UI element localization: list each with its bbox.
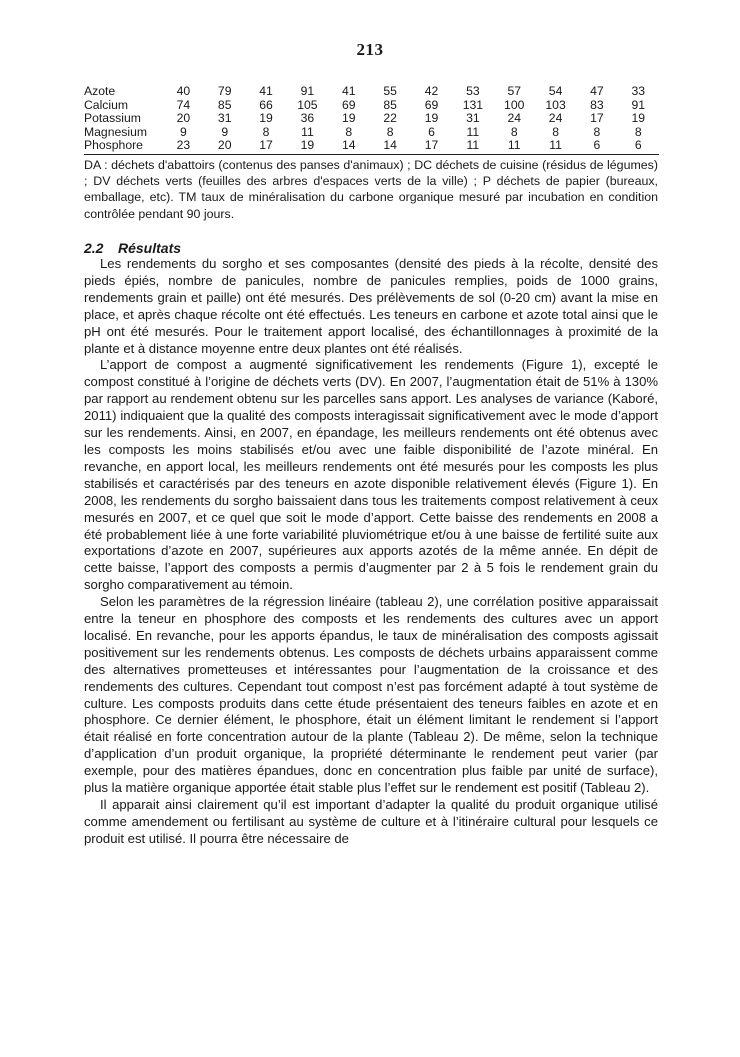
table-cell: 9 <box>204 126 245 140</box>
row-label: Calcium <box>84 99 163 113</box>
table-cell: 47 <box>576 85 617 99</box>
table-footnote-text: DA : déchets d'abattoirs (contenus des p… <box>84 157 658 222</box>
table-cell: 91 <box>618 99 659 113</box>
table-cell: 54 <box>535 85 576 99</box>
table-cell: 41 <box>245 85 286 99</box>
table-cell: 41 <box>328 85 369 99</box>
table-cell: 83 <box>576 99 617 113</box>
table-cell: 8 <box>535 126 576 140</box>
table-cell: 91 <box>287 85 328 99</box>
table-cell: 8 <box>369 126 410 140</box>
section-body: Les rendements du sorgho et ses composan… <box>84 256 658 848</box>
table-cell: 85 <box>204 99 245 113</box>
table-cell: 53 <box>452 85 493 99</box>
table-cell: 85 <box>369 99 410 113</box>
table-cell: 20 <box>204 139 245 154</box>
table-cell: 8 <box>245 126 286 140</box>
nutrient-table-fragment: Azote407941914155425357544733Calcium7485… <box>84 85 659 155</box>
table-cell: 40 <box>163 85 204 99</box>
table-cell: 19 <box>411 112 452 126</box>
table-cell: 19 <box>245 112 286 126</box>
page-number: 213 <box>0 40 740 60</box>
row-label: Azote <box>84 85 163 99</box>
table-cell: 17 <box>576 112 617 126</box>
table-cell: 24 <box>494 112 535 126</box>
table-cell: 14 <box>369 139 410 154</box>
table-cell: 105 <box>287 99 328 113</box>
document-page: 213 Azote407941914155425357544733Calcium… <box>0 0 740 1057</box>
paragraph: Il apparait ainsi clairement qu’il est i… <box>84 797 658 848</box>
table-cell: 42 <box>411 85 452 99</box>
table-cell: 24 <box>535 112 576 126</box>
table-cell: 8 <box>494 126 535 140</box>
table-cell: 22 <box>369 112 410 126</box>
table-cell: 100 <box>494 99 535 113</box>
table-cell: 31 <box>452 112 493 126</box>
table-cell: 6 <box>411 126 452 140</box>
nutrient-table: Azote407941914155425357544733Calcium7485… <box>84 85 659 155</box>
table-cell: 55 <box>369 85 410 99</box>
table-cell: 14 <box>328 139 369 154</box>
table-cell: 79 <box>204 85 245 99</box>
row-label: Potassium <box>84 112 163 126</box>
table-cell: 74 <box>163 99 204 113</box>
table-cell: 11 <box>535 139 576 154</box>
table-cell: 9 <box>163 126 204 140</box>
table-row: Magnesium99811886118888 <box>84 126 659 140</box>
table-cell: 6 <box>618 139 659 154</box>
table-cell: 11 <box>494 139 535 154</box>
table-cell: 11 <box>287 126 328 140</box>
table-cell: 69 <box>328 99 369 113</box>
table-cell: 66 <box>245 99 286 113</box>
table-cell: 17 <box>245 139 286 154</box>
table-row: Phosphore2320171914141711111166 <box>84 139 659 154</box>
table-cell: 6 <box>576 139 617 154</box>
table-cell: 19 <box>328 112 369 126</box>
section-title: Résultats <box>118 240 181 256</box>
table-cell: 11 <box>452 139 493 154</box>
row-label: Phosphore <box>84 139 163 154</box>
table-footnote: DA : déchets d'abattoirs (contenus des p… <box>84 157 658 222</box>
section-heading: 2.2Résultats <box>84 240 181 256</box>
table-cell: 33 <box>618 85 659 99</box>
table-cell: 36 <box>287 112 328 126</box>
table-row: Azote407941914155425357544733 <box>84 85 659 99</box>
table-cell: 131 <box>452 99 493 113</box>
table-cell: 57 <box>494 85 535 99</box>
table-cell: 17 <box>411 139 452 154</box>
table-cell: 31 <box>204 112 245 126</box>
paragraph: Selon les paramètres de la régression li… <box>84 594 658 797</box>
table-cell: 23 <box>163 139 204 154</box>
row-label: Magnesium <box>84 126 163 140</box>
table-cell: 69 <box>411 99 452 113</box>
paragraph: Les rendements du sorgho et ses composan… <box>84 256 658 357</box>
table-cell: 103 <box>535 99 576 113</box>
section-number: 2.2 <box>84 240 118 256</box>
table-row: Potassium203119361922193124241719 <box>84 112 659 126</box>
table-cell: 19 <box>618 112 659 126</box>
table-cell: 19 <box>287 139 328 154</box>
table-row: Calcium7485661056985691311001038391 <box>84 99 659 113</box>
table-cell: 11 <box>452 126 493 140</box>
table-cell: 8 <box>576 126 617 140</box>
table-cell: 8 <box>328 126 369 140</box>
table-cell: 20 <box>163 112 204 126</box>
table-cell: 8 <box>618 126 659 140</box>
paragraph: L’apport de compost a augmenté significa… <box>84 357 658 594</box>
